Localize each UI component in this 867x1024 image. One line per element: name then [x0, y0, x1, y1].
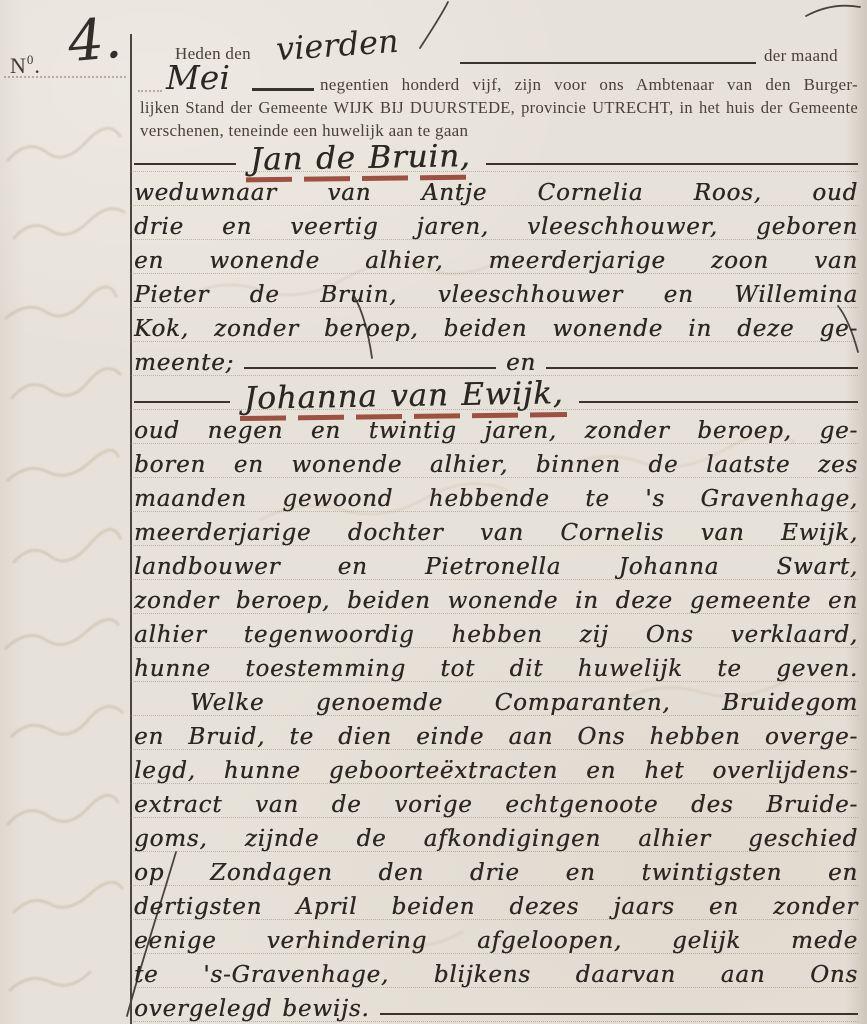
record-line: oud negen en twintig jaren, zonder beroe… [134, 414, 858, 448]
handwritten-day: vierden [275, 22, 400, 68]
record-line: en wonende alhier, meerderjarige zoon va… [134, 244, 858, 278]
no-dot: . [34, 53, 41, 78]
marriage-certificate-scan: N0. 4. Heden den vierden der maand Mei n… [0, 0, 867, 1024]
groom-name-wrap: Jan de Bruin, [244, 141, 476, 178]
printed-der-maand: der maand [764, 46, 838, 66]
dotted-guide [4, 76, 126, 78]
record-line: Welke genoemde Comparanten, Bruidegom [134, 686, 858, 720]
record-line: drie en veertig jaren, vleeschhouwer, ge… [134, 210, 858, 244]
record-line: extract van de vorige echtgenoote des Br… [134, 788, 858, 822]
record-line: boren en wonende alhier, binnen de laats… [134, 448, 858, 482]
bride-name-row: Johanna van Ewijk, [134, 380, 858, 414]
record-line: Pieter de Bruin, vleeschhouwer en Willem… [134, 278, 858, 312]
margin-vertical-rule [130, 34, 132, 1024]
act-number-handwritten: 4. [65, 6, 124, 75]
record-line: maanden gewoond hebbende te 's Gravenhag… [134, 482, 858, 516]
bride-name: Johanna van Ewijk, [238, 376, 570, 416]
record-line: Kok, zonder beroep, beiden wonende in de… [134, 312, 858, 346]
record-line: en Bruid, te dien einde aan Ons hebben o… [134, 720, 858, 754]
record-line: landbouwer en Pietronella Johanna Swart, [134, 550, 858, 584]
filler-rule [579, 401, 858, 403]
record-line: goms, zijnde de afkondigingen alhier ges… [134, 822, 858, 856]
bride-name-wrap: Johanna van Ewijk, [238, 379, 569, 416]
printed-header-line3: lijken Stand der Gemeente WIJK BIJ DUURS… [140, 98, 858, 118]
handwritten-record: Jan de Bruin, weduwnaar van Antje Cornel… [134, 142, 858, 1024]
record-line: zonder beroep, beiden wonende in deze ge… [134, 584, 858, 618]
record-line: meerderjarige dochter van Cornelis van E… [134, 516, 858, 550]
record-line: alhier tegenwoordig hebben zij Ons verkl… [134, 618, 858, 652]
filler-rule [252, 88, 314, 91]
record-line: op Zondagen den drie en twintigsten en [134, 856, 858, 890]
groom-name: Jan de Bruin, [244, 138, 477, 176]
groom-name-row: Jan de Bruin, [134, 142, 858, 176]
filler-rule [546, 367, 858, 369]
filler-rule [380, 1013, 858, 1015]
dotted-guide [138, 90, 162, 92]
record-line-meente-en: meente; en [134, 346, 858, 380]
handwritten-month: Mei [166, 58, 230, 97]
record-line: weduwnaar van Antje Cornelia Roos, oud [134, 176, 858, 210]
record-closing-row: overgelegd bewijs. [134, 992, 858, 1024]
filler-rule [460, 62, 756, 64]
record-line: eenige verhindering afgeloopen, gelijk m… [134, 924, 858, 958]
record-line: hunne toestemming tot dit huwelijk te ge… [134, 652, 858, 686]
record-line: legd, hunne geboorteëxtracten en het ove… [134, 754, 858, 788]
act-number-label: N0. [10, 52, 41, 79]
printed-header-line2: negentien honderd vijf, zijn voor ons Am… [320, 75, 858, 95]
filler-rule [134, 163, 236, 165]
record-line-fragment: meente; [134, 346, 234, 380]
no-prefix: N [10, 53, 27, 78]
record-line: dertigsten April beiden dezes jaars en z… [134, 890, 858, 924]
filler-rule [244, 367, 496, 369]
record-line: te 's-Gravenhage, blijkens daarvan aan O… [134, 958, 858, 992]
filler-rule [486, 163, 858, 165]
filler-rule [134, 401, 230, 403]
record-line-fragment: overgelegd bewijs. [134, 992, 370, 1024]
act-body: Heden den vierden der maand Mei negentie… [134, 0, 858, 1024]
